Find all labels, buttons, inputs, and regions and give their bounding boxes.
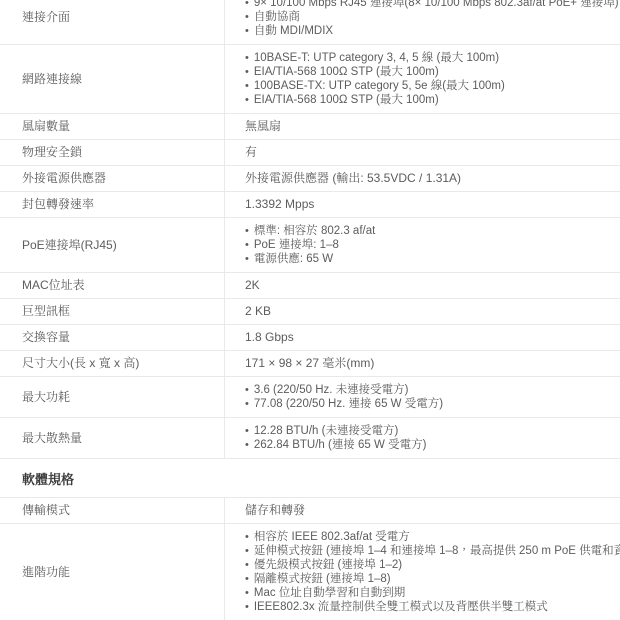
spec-page: 連接介面9× 10/100 Mbps RJ45 連接埠(8× 10/100 Mb… xyxy=(0,0,620,620)
spec-bullet-item: PoE 連接埠: 1–8 xyxy=(245,238,375,252)
spec-bullet-item: IEEE802.3x 流量控制供全雙工模式以及背壓供半雙工模式 xyxy=(245,600,620,614)
spec-bullet-item: 自動協商 xyxy=(245,10,619,24)
spec-row-label: 連接介面 xyxy=(0,0,225,44)
spec-row-value: 12.28 BTU/h (未連接受電方)262.84 BTU/h (連接 65 … xyxy=(225,418,620,458)
spec-row-label: 封包轉發速率 xyxy=(0,192,225,217)
spec-bullet-list: 標準: 相容於 802.3 af/atPoE 連接埠: 1–8電源供應: 65 … xyxy=(245,224,375,266)
spec-row-value: 相容於 IEEE 802.3af/at 受電方延伸模式按鈕 (連接埠 1–4 和… xyxy=(225,524,620,620)
spec-row-value: 1.3392 Mpps xyxy=(225,192,620,217)
spec-row-label: 傳輸模式 xyxy=(0,498,225,523)
spec-bullet-list: 10BASE-T: UTP category 3, 4, 5 線 (最大 100… xyxy=(245,51,505,107)
spec-row: 物理安全鎖有 xyxy=(0,140,620,166)
spec-row-label: 最大散熱量 xyxy=(0,418,225,458)
spec-row: MAC位址表2K xyxy=(0,273,620,299)
spec-row: 最大功耗3.6 (220/50 Hz. 未連接受電方)77.08 (220/50… xyxy=(0,377,620,418)
spec-bullet-item: 標準: 相容於 802.3 af/at xyxy=(245,224,375,238)
spec-bullet-list: 12.28 BTU/h (未連接受電方)262.84 BTU/h (連接 65 … xyxy=(245,424,426,452)
spec-row: 傳輸模式儲存和轉發 xyxy=(0,498,620,524)
spec-bullet-item: EIA/TIA-568 100Ω STP (最大 100m) xyxy=(245,65,505,79)
spec-bullet-item: 100BASE-TX: UTP category 5, 5e 線(最大 100m… xyxy=(245,79,505,93)
spec-row: 外接電源供應器外接電源供應器 (輸出: 53.5VDC / 1.31A) xyxy=(0,166,620,192)
spec-row-value: 無風扇 xyxy=(225,114,620,139)
spec-row-label: 交換容量 xyxy=(0,325,225,350)
spec-row: 風扇數量無風扇 xyxy=(0,114,620,140)
spec-row-value: 外接電源供應器 (輸出: 53.5VDC / 1.31A) xyxy=(225,166,620,191)
spec-bullet-item: 3.6 (220/50 Hz. 未連接受電方) xyxy=(245,383,443,397)
spec-bullet-list: 3.6 (220/50 Hz. 未連接受電方)77.08 (220/50 Hz.… xyxy=(245,383,443,411)
spec-row: 進階功能相容於 IEEE 802.3af/at 受電方延伸模式按鈕 (連接埠 1… xyxy=(0,524,620,620)
spec-row-label: 尺寸大小(長 x 寬 x 高) xyxy=(0,351,225,376)
spec-row-label: 物理安全鎖 xyxy=(0,140,225,165)
hardware-spec-table: 連接介面9× 10/100 Mbps RJ45 連接埠(8× 10/100 Mb… xyxy=(0,0,620,459)
spec-bullet-list: 9× 10/100 Mbps RJ45 連接埠(8× 10/100 Mbps 8… xyxy=(245,0,619,38)
spec-bullet-item: 延伸模式按鈕 (連接埠 1–4 和連接埠 1–8，最高提供 250 m PoE … xyxy=(245,544,620,558)
spec-row: 交換容量1.8 Gbps xyxy=(0,325,620,351)
spec-row: 網路連接線10BASE-T: UTP category 3, 4, 5 線 (最… xyxy=(0,45,620,114)
spec-row-label: 進階功能 xyxy=(0,524,225,620)
spec-row: PoE連接埠(RJ45)標準: 相容於 802.3 af/atPoE 連接埠: … xyxy=(0,218,620,273)
spec-row: 封包轉發速率1.3392 Mpps xyxy=(0,192,620,218)
spec-row-label: 外接電源供應器 xyxy=(0,166,225,191)
spec-bullet-item: 12.28 BTU/h (未連接受電方) xyxy=(245,424,426,438)
software-spec-table: 傳輸模式儲存和轉發進階功能相容於 IEEE 802.3af/at 受電方延伸模式… xyxy=(0,497,620,620)
spec-row-label: PoE連接埠(RJ45) xyxy=(0,218,225,272)
spec-bullet-item: 相容於 IEEE 802.3af/at 受電方 xyxy=(245,530,620,544)
spec-row-value: 10BASE-T: UTP category 3, 4, 5 線 (最大 100… xyxy=(225,45,620,113)
spec-bullet-item: 10BASE-T: UTP category 3, 4, 5 線 (最大 100… xyxy=(245,51,505,65)
spec-row-value: 3.6 (220/50 Hz. 未連接受電方)77.08 (220/50 Hz.… xyxy=(225,377,620,417)
spec-row: 巨型訊框2 KB xyxy=(0,299,620,325)
spec-row-value: 儲存和轉發 xyxy=(225,498,620,523)
spec-row-value: 171 × 98 × 27 毫米(mm) xyxy=(225,351,620,376)
spec-row-label: 風扇數量 xyxy=(0,114,225,139)
spec-bullet-item: 9× 10/100 Mbps RJ45 連接埠(8× 10/100 Mbps 8… xyxy=(245,0,619,10)
spec-row-value: 9× 10/100 Mbps RJ45 連接埠(8× 10/100 Mbps 8… xyxy=(225,0,620,44)
spec-bullet-item: EIA/TIA-568 100Ω STP (最大 100m) xyxy=(245,93,505,107)
spec-bullet-item: 隔離模式按鈕 (連接埠 1–8) xyxy=(245,572,620,586)
spec-row: 尺寸大小(長 x 寬 x 高)171 × 98 × 27 毫米(mm) xyxy=(0,351,620,377)
spec-row-value: 2 KB xyxy=(225,299,620,324)
software-section-header: 軟體規格 xyxy=(0,459,620,497)
spec-bullet-item: 電源供應: 65 W xyxy=(245,252,375,266)
spec-bullet-item: 77.08 (220/50 Hz. 連接 65 W 受電方) xyxy=(245,397,443,411)
spec-row-value: 標準: 相容於 802.3 af/atPoE 連接埠: 1–8電源供應: 65 … xyxy=(225,218,620,272)
spec-bullet-item: 自動 MDI/MDIX xyxy=(245,24,619,38)
spec-row-label: 最大功耗 xyxy=(0,377,225,417)
spec-row-value: 2K xyxy=(225,273,620,298)
spec-row-label: 網路連接線 xyxy=(0,45,225,113)
spec-bullet-item: 262.84 BTU/h (連接 65 W 受電方) xyxy=(245,438,426,452)
spec-bullet-item: Mac 位址自動學習和自動到期 xyxy=(245,586,620,600)
spec-bullet-list: 相容於 IEEE 802.3af/at 受電方延伸模式按鈕 (連接埠 1–4 和… xyxy=(245,530,620,614)
spec-row: 連接介面9× 10/100 Mbps RJ45 連接埠(8× 10/100 Mb… xyxy=(0,0,620,45)
spec-bullet-item: 優先級模式按鈕 (連接埠 1–2) xyxy=(245,558,620,572)
spec-row-value: 1.8 Gbps xyxy=(225,325,620,350)
spec-row-label: 巨型訊框 xyxy=(0,299,225,324)
spec-row: 最大散熱量12.28 BTU/h (未連接受電方)262.84 BTU/h (連… xyxy=(0,418,620,459)
spec-row-label: MAC位址表 xyxy=(0,273,225,298)
spec-row-value: 有 xyxy=(225,140,620,165)
